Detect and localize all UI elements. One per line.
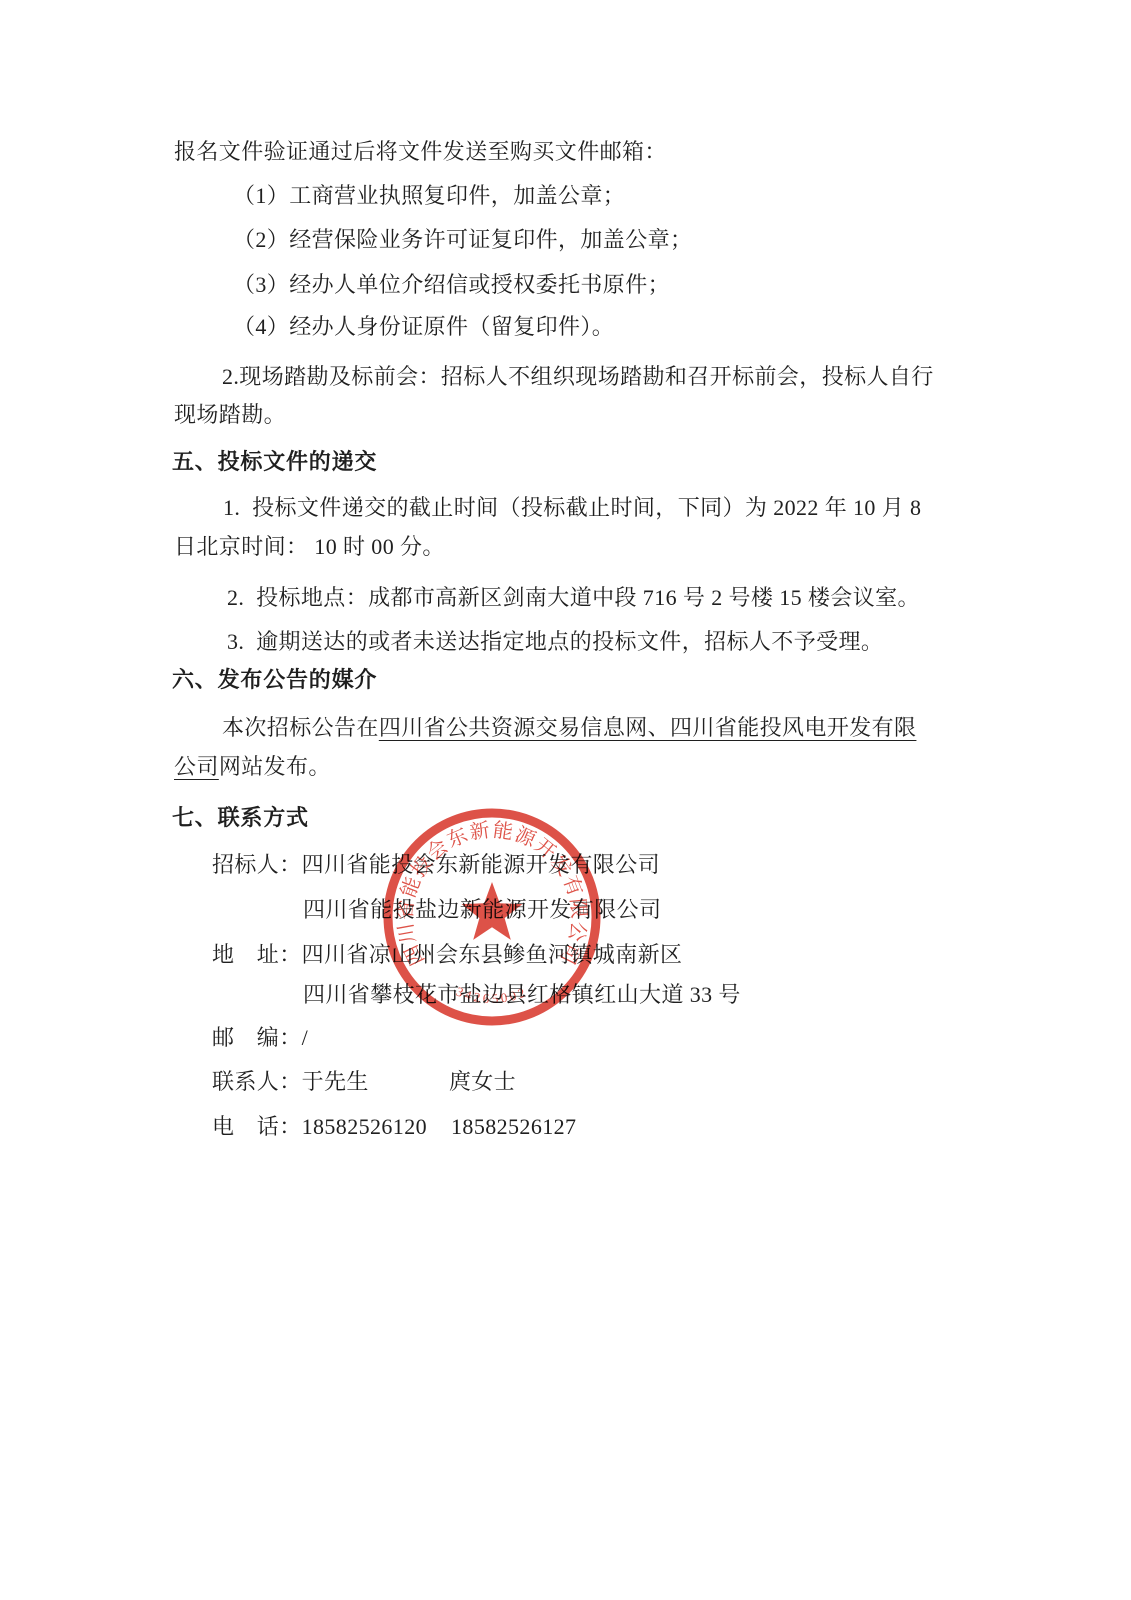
section6-line-1: 本次招标公告在四川省公共资源交易信息网、四川省能投风电开发有限	[222, 713, 916, 743]
section7-heading: 七、联系方式	[172, 803, 309, 833]
phone-number-2: 18582526127	[451, 1114, 576, 1139]
section5-heading: 五、投标文件的递交	[172, 447, 377, 477]
section5-line-4: 3. 逾期送达的或者未送达指定地点的投标文件，招标人不予受理。	[227, 627, 883, 657]
section5-line-1: 1. 投标文件递交的截止时间（投标截止时间，下同）为 2022 年 10 月 8	[223, 493, 921, 523]
announcement-text: 本次招标公告在	[222, 715, 379, 740]
address-label: 地 址：	[212, 942, 302, 967]
document-page: 报名文件验证通过后将文件发送至购买文件邮箱： （1）工商营业执照复印件，加盖公章…	[0, 0, 1131, 1600]
intro-line: 报名文件验证通过后将文件发送至购买文件邮箱：	[174, 137, 667, 167]
section5-line-3: 2. 投标地点：成都市高新区剑南大道中段 716 号 2 号楼 15 楼会议室。	[227, 583, 920, 613]
publish-text: 网站发布。	[219, 754, 331, 779]
phone-number-1: 18582526120	[302, 1114, 427, 1139]
attachment-item-1: （1）工商营业执照复印件，加盖公章；	[233, 181, 625, 211]
contact-person-1: 于先生	[302, 1069, 369, 1094]
zip-label: 邮 编：	[212, 1025, 302, 1050]
media-names-underlined: 四川省公共资源交易信息网、四川省能投风电开发有限	[379, 715, 917, 740]
section6-line-2: 公司网站发布。	[174, 752, 331, 782]
zip-value: /	[302, 1025, 309, 1050]
site-visit-line-2: 现场踏勘。	[174, 400, 286, 430]
seal-star-icon	[462, 882, 523, 940]
section6-heading: 六、发布公告的媒介	[172, 665, 377, 695]
zip-row: 邮 编：/	[212, 1023, 308, 1053]
contact-person-2: 庹女士	[449, 1069, 516, 1094]
seal-serial-number: 34265002	[454, 984, 530, 1006]
bidder-label: 招标人：	[212, 852, 302, 877]
site-visit-line-1: 2.现场踏勘及标前会：招标人不组织现场踏勘和召开标前会，投标人自行	[222, 362, 934, 392]
media-name-continued-underlined: 公司	[174, 754, 219, 779]
section5-line-2: 日北京时间： 10 时 00 分。	[174, 532, 445, 562]
phone-row: 电 话：1858252612018582526127	[212, 1112, 576, 1142]
attachment-item-4: （4）经办人身份证原件（留复印件）。	[233, 312, 614, 342]
attachment-item-2: （2）经营保险业务许可证复印件，加盖公章；	[233, 225, 692, 255]
phone-label: 电 话：	[212, 1114, 302, 1139]
contact-label: 联系人：	[212, 1069, 302, 1094]
contact-row: 联系人：于先生庹女士	[212, 1067, 516, 1097]
official-seal-stamp: 四川省能投会东新能源开发有限公司 34265002	[382, 807, 604, 1029]
attachment-item-3: （3）经办人单位介绍信或授权委托书原件；	[233, 270, 670, 300]
